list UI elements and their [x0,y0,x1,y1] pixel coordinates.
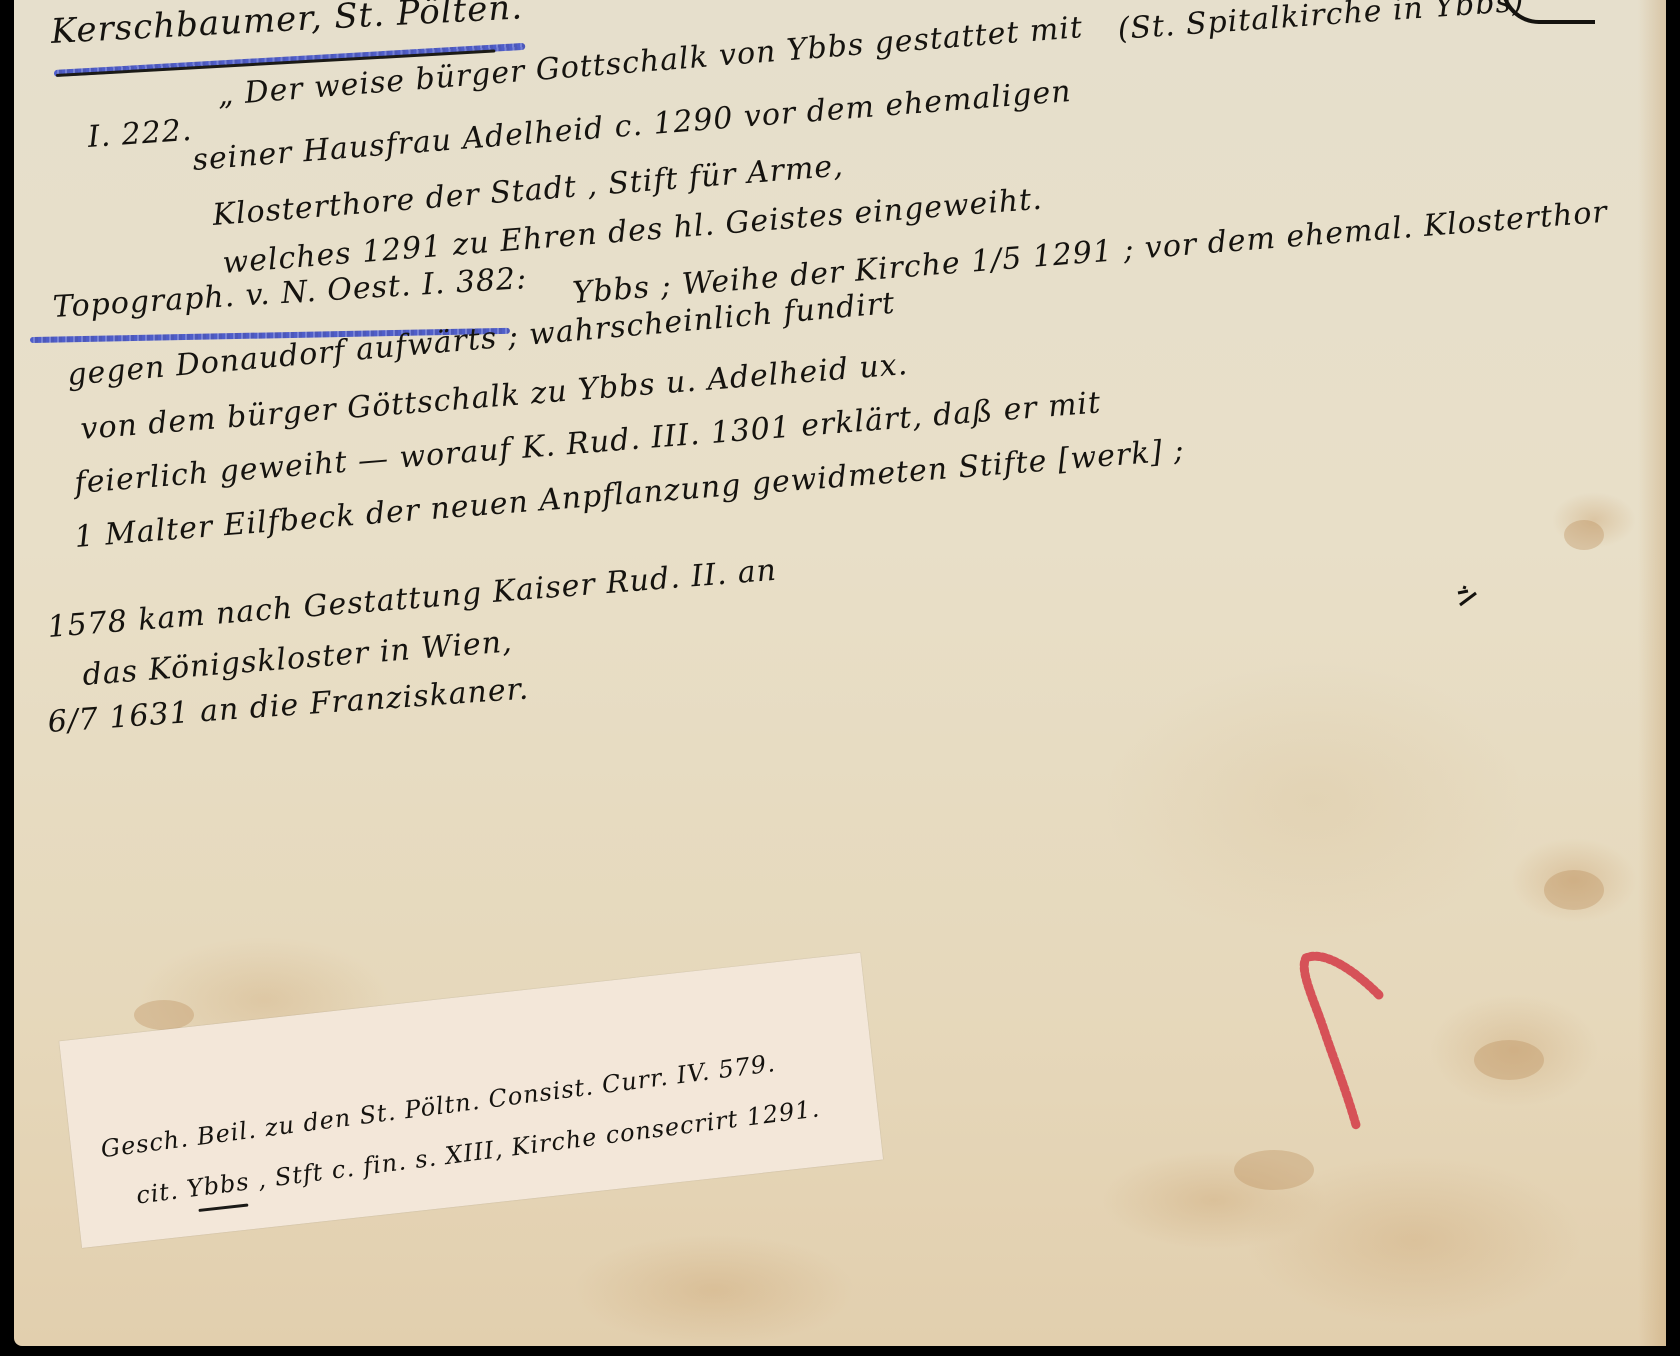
stain [134,1000,194,1030]
document-page: Kerschbaumer, St. Pölten. (St. Spitalkir… [14,0,1666,1346]
stain [1474,1040,1544,1080]
corner-bracket-mark [1501,0,1595,24]
stain [1544,870,1604,910]
stray-pen-mark-icon [1454,585,1484,615]
header-title: Kerschbaumer, St. Pölten. [50,0,524,52]
margin-note: (St. Spitalkirche in Ybbs) [1117,0,1526,47]
stain [1234,1150,1314,1190]
entry-1-ref: I. 222. [87,113,194,155]
stain [1564,520,1604,550]
red-crayon-mark-icon [1284,940,1424,1140]
pasted-slip: Gesch. Beil. zu den St. Pöltn. Consist. … [59,953,883,1248]
slip-underline [198,1204,248,1212]
page-edge-stain [1638,0,1666,1346]
